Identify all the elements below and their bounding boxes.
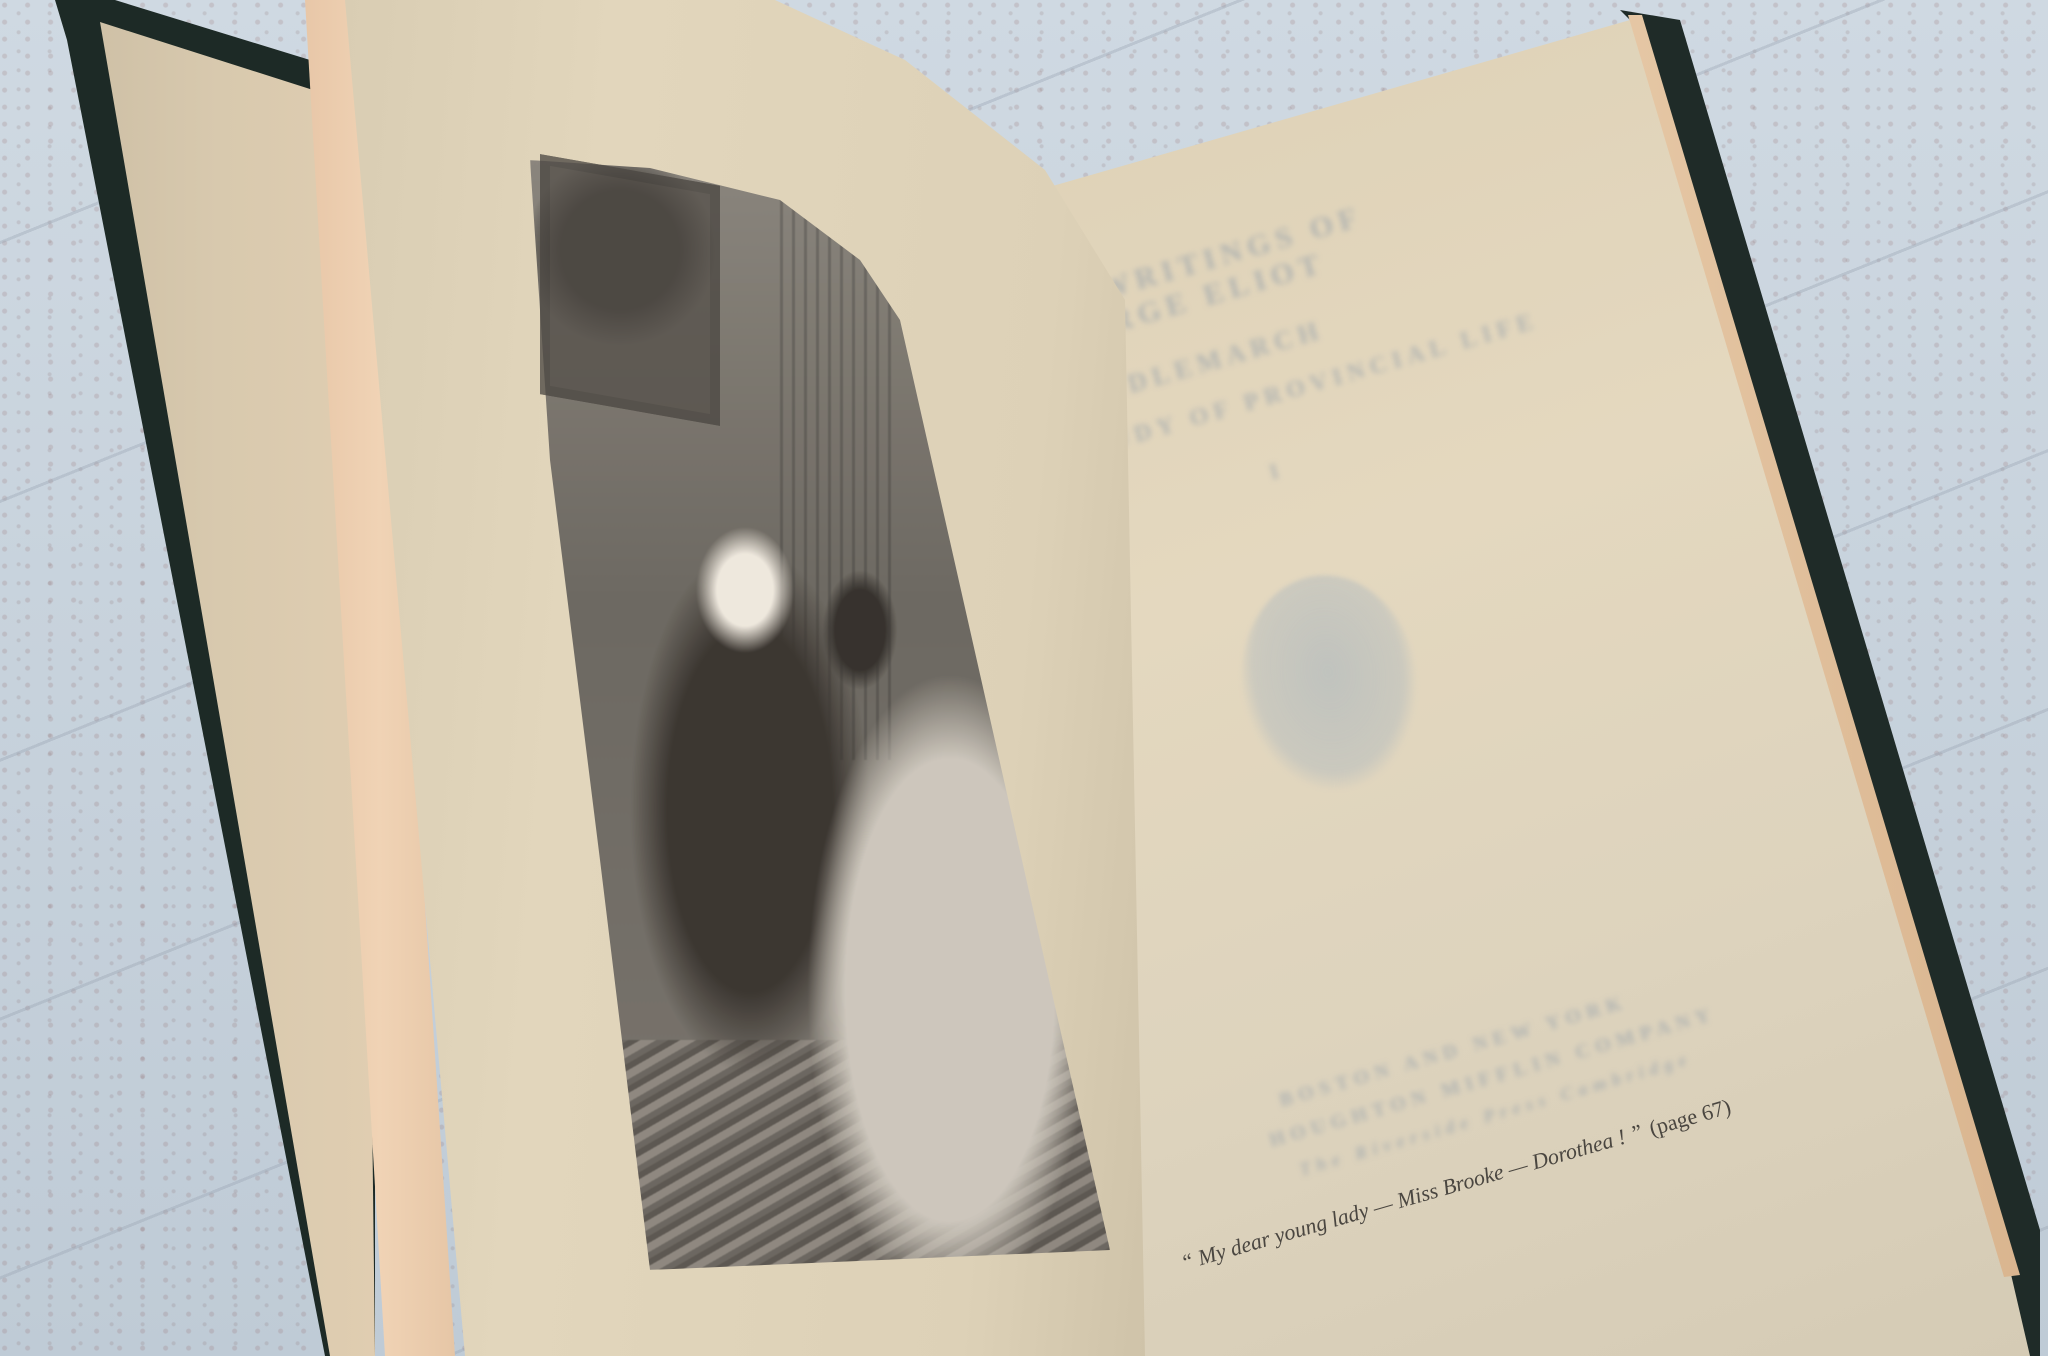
open-book: THE WRITINGS OF GEORGE ELIOT MIDDLEMARCH…	[0, 0, 2048, 1356]
painting-frame-in-illustration	[540, 154, 720, 426]
